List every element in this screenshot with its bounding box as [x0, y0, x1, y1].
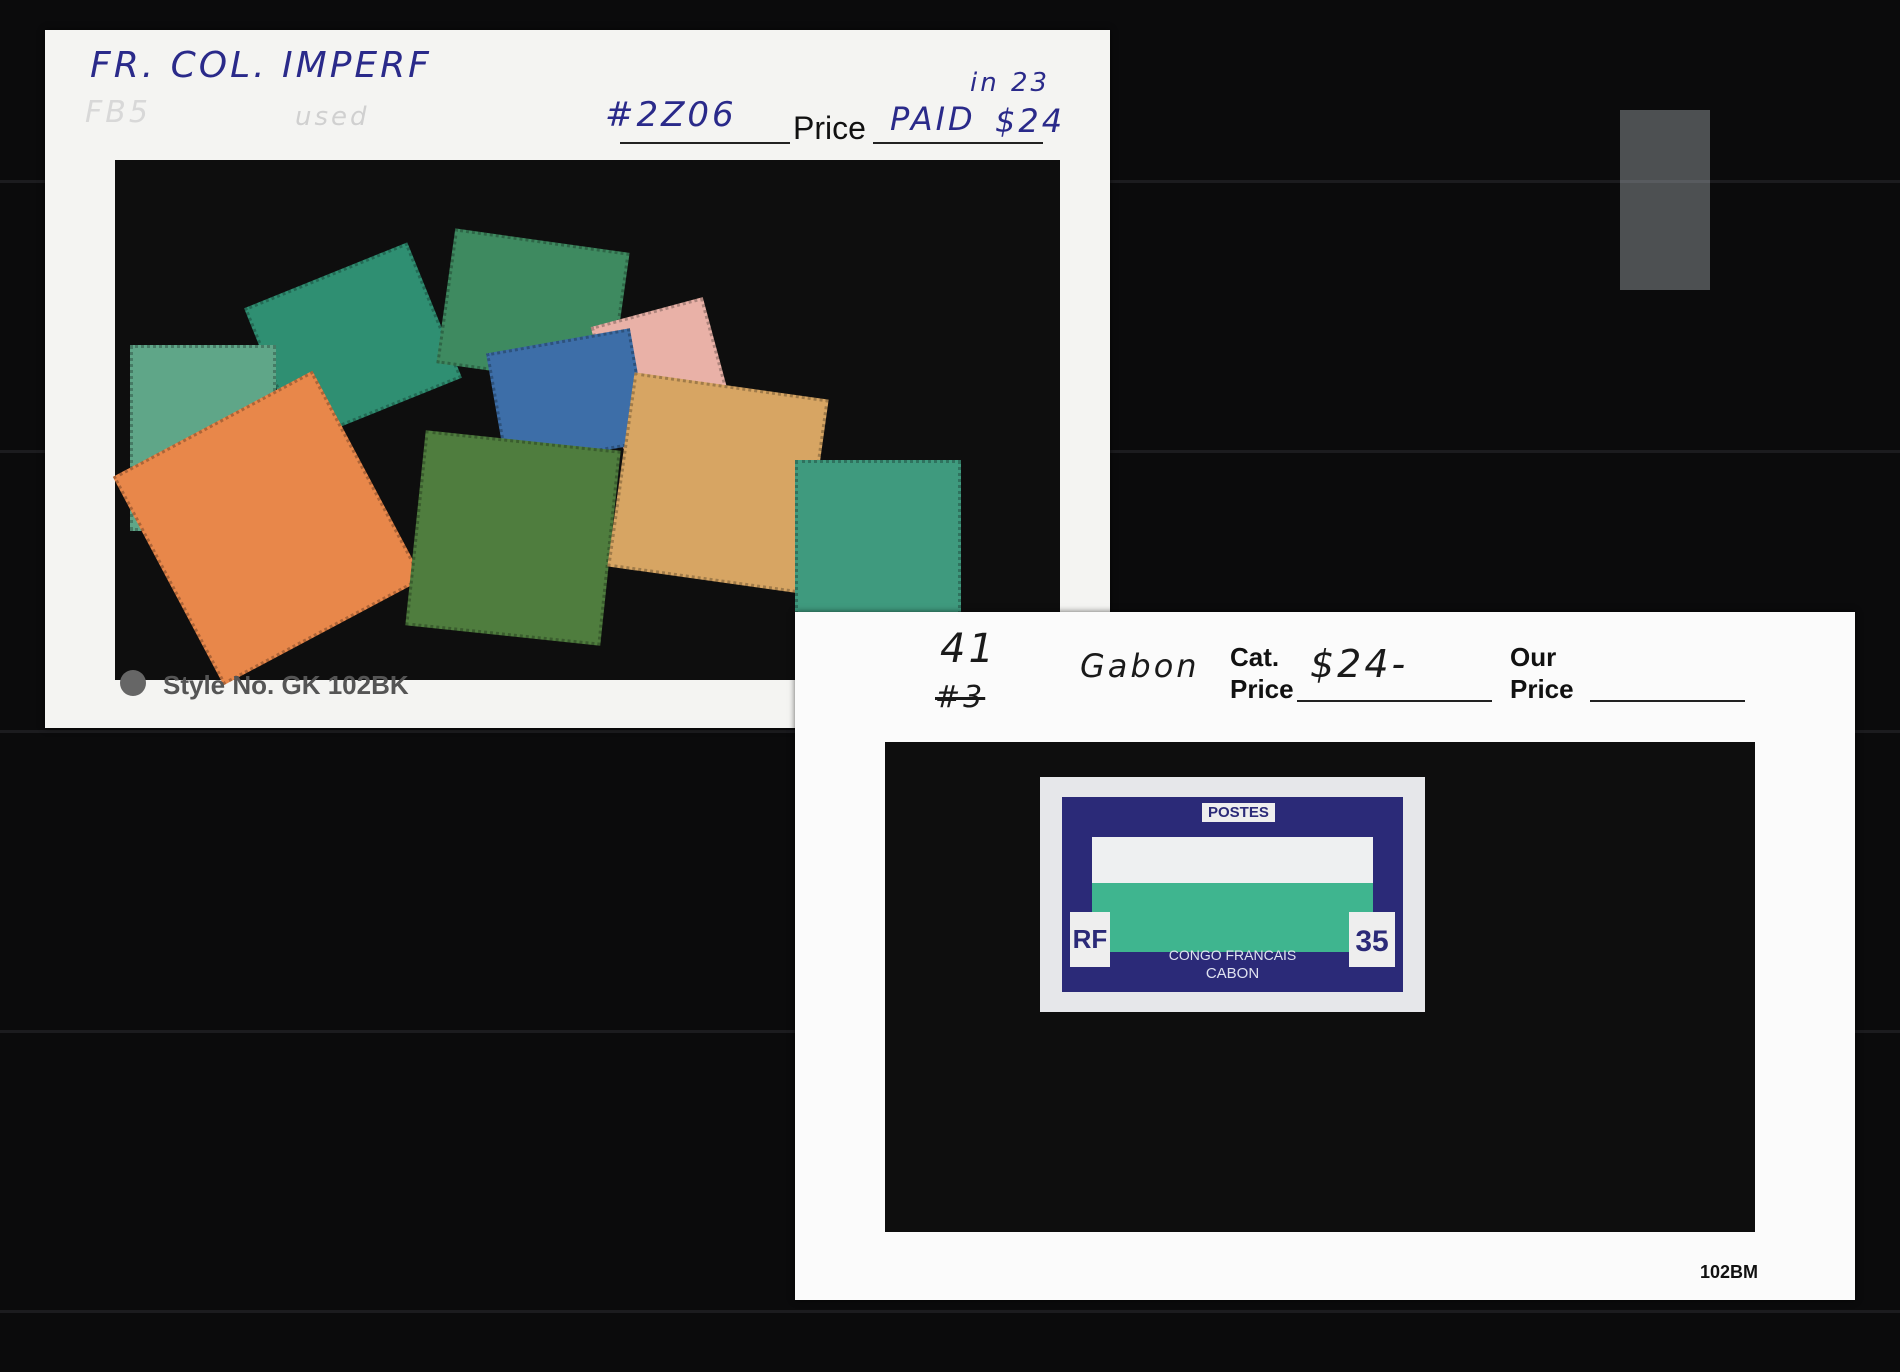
faint-note: used	[295, 102, 370, 132]
catalog-number: 41	[940, 626, 997, 672]
card-title: FR. COL. IMPERF	[90, 45, 432, 86]
gabon-stamp: POSTES RF 35 CONGO FRANCAIS CABON	[1040, 777, 1425, 1012]
tape-strip	[1620, 110, 1710, 290]
style-number: Style No. GK 102BK	[163, 670, 409, 701]
stamp-frame: POSTES RF 35 CONGO FRANCAIS CABON	[1062, 797, 1403, 992]
model-number: 102BM	[1700, 1262, 1758, 1283]
stamp-top-label: POSTES	[1202, 803, 1275, 822]
country-name: Gabon	[1080, 647, 1200, 685]
stamp-vignette	[1092, 837, 1373, 952]
faint-note: FB5	[85, 95, 151, 130]
price-paid: PAID	[890, 100, 976, 138]
scratched-note: #3	[935, 680, 985, 715]
reference-line	[620, 142, 790, 144]
cat-label: Cat.	[1230, 642, 1279, 673]
price-line	[873, 142, 1043, 144]
stock-card-right: 41 #3 Gabon Cat. Price $24- Our Price PO…	[795, 612, 1855, 1300]
price-amount: $24	[995, 102, 1065, 140]
price-label: Price	[793, 110, 866, 147]
cat-price-value: $24-	[1310, 642, 1408, 686]
card-window: POSTES RF 35 CONGO FRANCAIS CABON	[885, 742, 1755, 1232]
cat-price-line	[1297, 700, 1492, 702]
card-window	[115, 160, 1060, 680]
brand-logo-icon	[120, 670, 146, 696]
stamp-line1: CONGO FRANCAIS	[1062, 947, 1403, 963]
stamp-line2: CABON	[1062, 965, 1403, 982]
stamp	[405, 430, 620, 645]
our-price-line	[1590, 700, 1745, 702]
our-price-label: Price	[1510, 674, 1574, 705]
our-label: Our	[1510, 642, 1556, 673]
stock-stripe	[0, 1310, 1900, 1313]
price-note: in 23	[970, 68, 1050, 98]
reference-number: #2Z06	[605, 95, 737, 135]
cat-price-label: Price	[1230, 674, 1294, 705]
